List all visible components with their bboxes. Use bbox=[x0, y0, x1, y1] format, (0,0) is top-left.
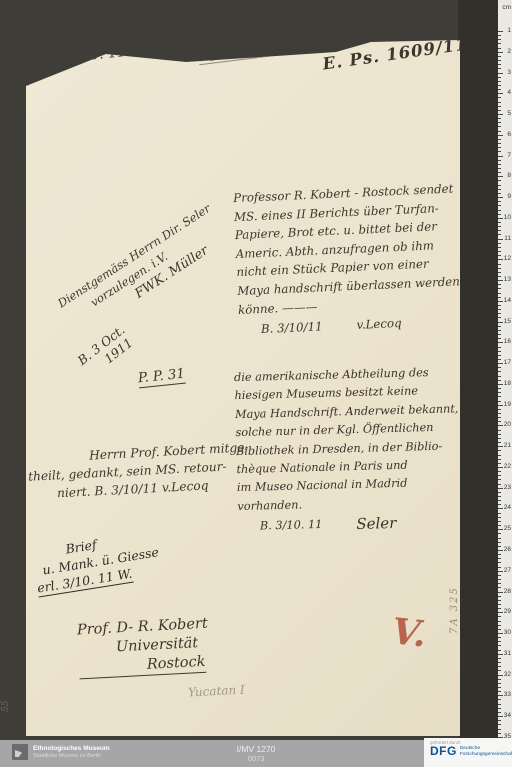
ruler-minor-tick bbox=[498, 334, 501, 335]
ruler-minor-tick bbox=[498, 687, 501, 688]
dfg-name-line2: Forschungsgemeinschaft bbox=[460, 752, 512, 758]
ruler-minor-tick bbox=[498, 172, 501, 173]
ruler-minor-tick bbox=[498, 359, 501, 360]
ruler-major-tick bbox=[498, 218, 503, 219]
ruler-minor-tick bbox=[498, 35, 501, 36]
ruler-tick-label: 34 bbox=[504, 713, 511, 719]
ruler-tick-label: 24 bbox=[504, 505, 511, 511]
ruler-minor-tick bbox=[498, 164, 501, 165]
ruler-minor-tick bbox=[498, 471, 501, 472]
file-reference-note: P. P. 31 bbox=[137, 366, 185, 387]
ruler-minor-tick bbox=[498, 147, 501, 148]
measurement-ruler: cm 1234567891011121314151617181920212223… bbox=[498, 0, 512, 740]
ruler-minor-tick bbox=[498, 704, 501, 705]
ruler-minor-tick bbox=[498, 276, 501, 277]
ruler-minor-tick bbox=[498, 313, 501, 314]
ruler-major-tick bbox=[498, 52, 503, 53]
memo-paragraph-1: Professor R. Kobert - Rostock sendet MS.… bbox=[233, 179, 471, 340]
ruler-minor-tick bbox=[498, 251, 501, 252]
mat-right-band bbox=[458, 0, 499, 740]
ruler-minor-tick bbox=[498, 222, 501, 223]
ruler-major-tick bbox=[498, 197, 503, 198]
ruler-minor-tick bbox=[498, 629, 501, 630]
ruler-tick-label: 4 bbox=[507, 90, 511, 96]
ruler-minor-tick bbox=[498, 401, 501, 402]
ruler-minor-tick bbox=[498, 160, 501, 161]
handwriting-line: vorzulegen. i.V. bbox=[64, 215, 223, 327]
ruler-minor-tick bbox=[498, 583, 501, 584]
ruler-minor-tick bbox=[498, 616, 501, 617]
red-initial-mark: V. bbox=[390, 610, 428, 655]
ruler-minor-tick bbox=[498, 641, 501, 642]
ruler-major-tick bbox=[498, 675, 503, 676]
ruler-minor-tick bbox=[498, 396, 501, 397]
ruler-minor-tick bbox=[498, 513, 501, 514]
ruler-minor-tick bbox=[498, 201, 501, 202]
ruler-minor-tick bbox=[498, 562, 501, 563]
ruler-tick-label: 15 bbox=[504, 319, 511, 325]
ruler-major-tick bbox=[498, 322, 503, 323]
ruler-minor-tick bbox=[498, 264, 501, 265]
ruler-minor-tick bbox=[498, 81, 501, 82]
ruler-major-tick bbox=[498, 446, 503, 447]
ruler-major-tick bbox=[498, 592, 503, 593]
ruler-tick-label: 10 bbox=[504, 215, 511, 221]
ruler-minor-tick bbox=[498, 268, 501, 269]
margin-mark-left-edge: 55 bbox=[1, 701, 11, 712]
ruler-minor-tick bbox=[498, 272, 501, 273]
ruler-tick-label: 32 bbox=[504, 672, 511, 678]
ruler-minor-tick bbox=[498, 376, 501, 377]
ruler-major-tick bbox=[498, 695, 503, 696]
ruler-tick-label: 21 bbox=[504, 443, 511, 449]
ruler-minor-tick bbox=[498, 479, 501, 480]
dfg-panel: gefördert durch DFG Deutsche Forschungsg… bbox=[424, 738, 512, 767]
ruler-minor-tick bbox=[498, 658, 501, 659]
ruler-major-tick bbox=[498, 93, 503, 94]
ruler-minor-tick bbox=[498, 683, 501, 684]
ruler-major-tick bbox=[498, 259, 503, 260]
ruler-minor-tick bbox=[498, 326, 501, 327]
ruler-major-tick bbox=[498, 529, 503, 530]
ruler-minor-tick bbox=[498, 180, 501, 181]
ruler-major-tick bbox=[498, 280, 503, 281]
ruler-tick-label: 25 bbox=[504, 526, 511, 532]
ruler-minor-tick bbox=[498, 521, 501, 522]
ruler-tick-label: 23 bbox=[504, 485, 511, 491]
ruler-minor-tick bbox=[498, 542, 501, 543]
ruler-minor-tick bbox=[498, 102, 501, 103]
ruler-tick-label: 3 bbox=[507, 70, 511, 76]
ruler-tick-label: 8 bbox=[507, 173, 511, 179]
memo2-date: B. 3/10. 11 bbox=[260, 516, 323, 536]
ruler-tick-label: 26 bbox=[504, 547, 511, 553]
ruler-minor-tick bbox=[498, 309, 501, 310]
ruler-minor-tick bbox=[498, 546, 501, 547]
ruler-tick-label: 12 bbox=[504, 256, 511, 262]
ruler-minor-tick bbox=[498, 720, 501, 721]
ruler-minor-tick bbox=[498, 670, 501, 671]
ruler-minor-tick bbox=[498, 330, 501, 331]
ruler-tick-label: 9 bbox=[507, 194, 511, 200]
ruler-major-tick bbox=[498, 384, 503, 385]
ruler-tick-label: 28 bbox=[504, 589, 511, 595]
ruler-minor-tick bbox=[498, 89, 501, 90]
ruler-major-tick bbox=[498, 73, 503, 74]
ruler-minor-tick bbox=[498, 733, 501, 734]
ruler-minor-tick bbox=[498, 297, 501, 298]
ruler-minor-tick bbox=[498, 517, 501, 518]
ruler-major-tick bbox=[498, 654, 503, 655]
ruler-minor-tick bbox=[498, 525, 501, 526]
disposal-note: Brief u. Mank. ü. Giesse erl. 3/10. 11 W… bbox=[31, 527, 163, 598]
ruler-major-tick bbox=[498, 488, 503, 489]
ruler-minor-tick bbox=[498, 243, 501, 244]
ruler-minor-tick bbox=[498, 484, 501, 485]
ruler-minor-tick bbox=[498, 699, 501, 700]
ruler-major-tick bbox=[498, 716, 503, 717]
ruler-tick-label: 33 bbox=[504, 692, 511, 698]
ruler-tick-label: 31 bbox=[504, 651, 511, 657]
ruler-tick-label: 11 bbox=[504, 236, 511, 242]
ruler-minor-tick bbox=[498, 305, 501, 306]
ruler-major-tick bbox=[498, 633, 503, 634]
ruler-tick-label: 30 bbox=[504, 630, 511, 636]
ruler-minor-tick bbox=[498, 338, 501, 339]
ruler-minor-tick bbox=[498, 351, 501, 352]
ruler-minor-tick bbox=[498, 625, 501, 626]
pencil-subject-note: Yucatan I bbox=[188, 683, 245, 700]
ruler-major-tick bbox=[498, 156, 503, 157]
ruler-minor-tick bbox=[498, 421, 501, 422]
ruler-tick-label: 7 bbox=[507, 153, 511, 159]
ruler-tick-label: 29 bbox=[504, 609, 511, 615]
ruler-minor-tick bbox=[498, 48, 501, 49]
ruler-minor-tick bbox=[498, 39, 501, 40]
ruler-minor-tick bbox=[498, 691, 501, 692]
scan-viewport: Fr. 3/10. 11. (vgl. E 951/11) E. Ps. 160… bbox=[0, 0, 512, 767]
ruler-minor-tick bbox=[498, 60, 501, 61]
ruler-minor-tick bbox=[498, 110, 501, 111]
ruler-minor-tick bbox=[498, 455, 501, 456]
ruler-major-tick bbox=[498, 467, 503, 468]
ruler-minor-tick bbox=[498, 106, 501, 107]
ruler-minor-tick bbox=[498, 210, 501, 211]
ruler-tick-label: 27 bbox=[504, 568, 511, 574]
ruler-minor-tick bbox=[498, 139, 501, 140]
ruler-minor-tick bbox=[498, 554, 501, 555]
ruler-minor-tick bbox=[498, 234, 501, 235]
ruler-major-tick bbox=[498, 612, 503, 613]
ruler-minor-tick bbox=[498, 567, 501, 568]
document-page: Fr. 3/10. 11. (vgl. E 951/11) E. Ps. 160… bbox=[26, 40, 460, 736]
file-reference-text: P. P. 31 bbox=[137, 366, 186, 389]
ruler-minor-tick bbox=[498, 666, 501, 667]
ruler-minor-tick bbox=[498, 442, 501, 443]
ruler-tick-label: 18 bbox=[504, 381, 511, 387]
ruler-minor-tick bbox=[498, 413, 501, 414]
ruler-tick-label: 20 bbox=[504, 422, 511, 428]
ruler-minor-tick bbox=[498, 679, 501, 680]
ruler-minor-tick bbox=[498, 621, 501, 622]
ruler-minor-tick bbox=[498, 77, 501, 78]
document-number: E. Ps. 1609/11. bbox=[321, 33, 475, 73]
ruler-minor-tick bbox=[498, 724, 501, 725]
ruler-minor-tick bbox=[498, 637, 501, 638]
ruler-minor-tick bbox=[498, 450, 501, 451]
ruler-tick-label: 2 bbox=[507, 49, 511, 55]
ruler-minor-tick bbox=[498, 712, 501, 713]
ruler-tick-label: 13 bbox=[504, 277, 511, 283]
ruler-major-tick bbox=[498, 550, 503, 551]
reply-note: Herrn Prof. Kobert mitge- theilt, gedank… bbox=[27, 438, 251, 504]
ruler-minor-tick bbox=[498, 226, 501, 227]
ruler-minor-tick bbox=[498, 538, 501, 539]
ruler-minor-tick bbox=[498, 193, 501, 194]
ruler-minor-tick bbox=[498, 288, 501, 289]
memo2-signature: Seler bbox=[356, 514, 396, 533]
ruler-minor-tick bbox=[498, 496, 501, 497]
ruler-minor-tick bbox=[498, 392, 501, 393]
ruler-minor-tick bbox=[498, 367, 501, 368]
ruler-major-tick bbox=[498, 114, 503, 115]
ruler-minor-tick bbox=[498, 85, 501, 86]
ruler-major-tick bbox=[498, 571, 503, 572]
ruler-tick-label: 17 bbox=[504, 360, 511, 366]
ruler-minor-tick bbox=[498, 662, 501, 663]
ruler-minor-tick bbox=[498, 122, 501, 123]
ruler-minor-tick bbox=[498, 492, 501, 493]
ruler-minor-tick bbox=[498, 205, 501, 206]
ruler-minor-tick bbox=[498, 189, 501, 190]
ruler-major-tick bbox=[498, 363, 503, 364]
ruler-major-tick bbox=[498, 405, 503, 406]
routing-note-diagonal: Dienstgemäss Herrn Dir. Seler vorzulegen… bbox=[55, 200, 233, 340]
ruler-minor-tick bbox=[498, 131, 501, 132]
ruler-major-tick bbox=[498, 342, 503, 343]
ruler-major-tick bbox=[498, 508, 503, 509]
pencil-reference-note: (vgl. E 951/11) bbox=[197, 39, 284, 63]
ruler-minor-tick bbox=[498, 68, 501, 69]
ruler-minor-tick bbox=[498, 355, 501, 356]
ruler-tick-label: 5 bbox=[507, 111, 511, 117]
ruler-tick-label: 14 bbox=[504, 298, 511, 304]
ruler-tick-label: 6 bbox=[507, 132, 511, 138]
ruler-major-tick bbox=[498, 425, 503, 426]
ruler-minor-tick bbox=[498, 434, 501, 435]
ruler-minor-tick bbox=[498, 604, 501, 605]
ruler-minor-tick bbox=[498, 729, 501, 730]
memo1-signature: v.Lecoq bbox=[356, 314, 402, 335]
ruler-minor-tick bbox=[498, 645, 501, 646]
ruler-major-tick bbox=[498, 176, 503, 177]
ruler-tick-label: 1 bbox=[507, 28, 511, 34]
dfg-name-text: Deutsche Forschungsgemeinschaft bbox=[460, 746, 512, 757]
ruler-minor-tick bbox=[498, 347, 501, 348]
ruler-minor-tick bbox=[498, 650, 501, 651]
ruler-minor-tick bbox=[498, 255, 501, 256]
memo-paragraph-2: die amerikanische Abtheilung des hiesige… bbox=[234, 363, 476, 537]
ruler-minor-tick bbox=[498, 185, 501, 186]
ruler-tick-label: 19 bbox=[504, 402, 511, 408]
ruler-minor-tick bbox=[498, 118, 501, 119]
ruler-unit-label: cm bbox=[502, 4, 511, 11]
ruler-minor-tick bbox=[498, 151, 501, 152]
ruler-minor-tick bbox=[498, 317, 501, 318]
ruler-minor-tick bbox=[498, 459, 501, 460]
ruler-minor-tick bbox=[498, 587, 501, 588]
ruler-minor-tick bbox=[498, 143, 501, 144]
ruler-minor-tick bbox=[498, 608, 501, 609]
ruler-minor-tick bbox=[498, 43, 501, 44]
ruler-tick-label: 22 bbox=[504, 464, 511, 470]
viewer-footer: Ethnologisches Museum Staatliche Museen … bbox=[0, 740, 512, 767]
ruler-minor-tick bbox=[498, 558, 501, 559]
ruler-minor-tick bbox=[498, 500, 501, 501]
pencil-reference-text: (vgl. E 951/11) bbox=[197, 39, 285, 65]
ruler-minor-tick bbox=[498, 575, 501, 576]
ruler-minor-tick bbox=[498, 284, 501, 285]
ruler-minor-tick bbox=[498, 388, 501, 389]
ruler-minor-tick bbox=[498, 247, 501, 248]
dfg-logo-row: DFG Deutsche Forschungsgemeinschaft bbox=[430, 745, 512, 758]
ruler-minor-tick bbox=[498, 409, 501, 410]
recipient-address: Prof. D- R. Kobert Universität Rostock bbox=[77, 615, 211, 680]
ruler-minor-tick bbox=[498, 97, 501, 98]
ruler-minor-tick bbox=[498, 430, 501, 431]
memo1-date: B. 3/10/11 bbox=[261, 318, 323, 339]
ruler-minor-tick bbox=[498, 600, 501, 601]
ruler-minor-tick bbox=[498, 708, 501, 709]
ruler-minor-tick bbox=[498, 293, 501, 294]
ruler-minor-tick bbox=[498, 230, 501, 231]
ruler-tick-label: 16 bbox=[504, 339, 511, 345]
ruler-minor-tick bbox=[498, 168, 501, 169]
ruler-minor-tick bbox=[498, 56, 501, 57]
ruler-minor-tick bbox=[498, 533, 501, 534]
ruler-major-tick bbox=[498, 301, 503, 302]
ruler-minor-tick bbox=[498, 579, 501, 580]
ruler-major-tick bbox=[498, 135, 503, 136]
ruler-minor-tick bbox=[498, 214, 501, 215]
dfg-logo: DFG bbox=[430, 745, 457, 758]
ruler-minor-tick bbox=[498, 64, 501, 65]
ruler-minor-tick bbox=[498, 463, 501, 464]
ruler-minor-tick bbox=[498, 126, 501, 127]
ruler-minor-tick bbox=[498, 504, 501, 505]
ruler-minor-tick bbox=[498, 475, 501, 476]
ruler-major-tick bbox=[498, 239, 503, 240]
ruler-minor-tick bbox=[498, 596, 501, 597]
ruler-minor-tick bbox=[498, 438, 501, 439]
ruler-minor-tick bbox=[498, 417, 501, 418]
ruler-minor-tick bbox=[498, 371, 501, 372]
margin-shelfmark-vertical: 7A 325 bbox=[449, 586, 460, 634]
top-left-note: Fr. 3/10. 11. bbox=[43, 44, 131, 69]
ruler-minor-tick bbox=[498, 380, 501, 381]
ruler-major-tick bbox=[498, 31, 503, 32]
